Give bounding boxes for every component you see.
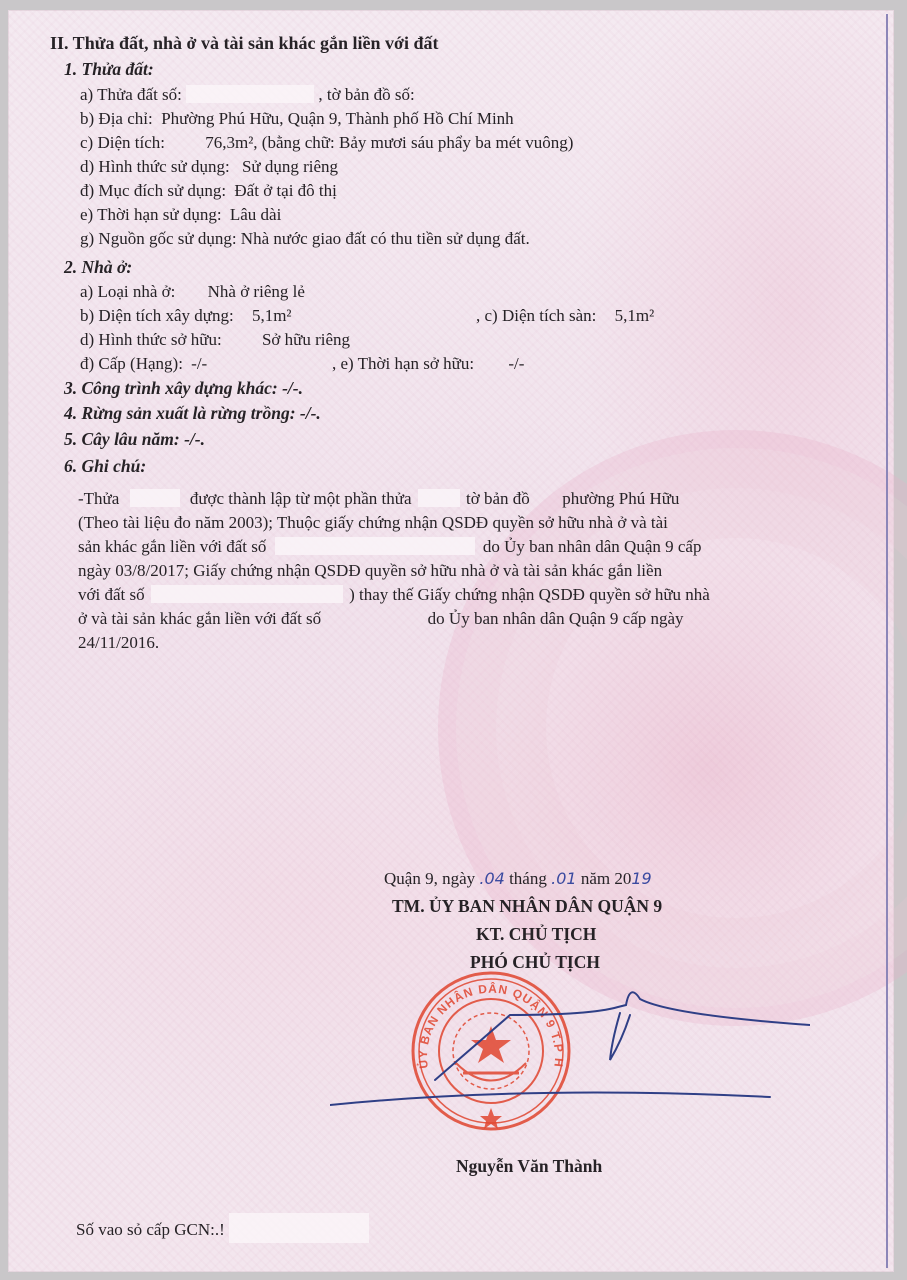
ownership-value: Sở hữu riêng xyxy=(262,330,350,349)
grade-row: đ) Cấp (Hạng): -/- xyxy=(80,353,207,375)
area-label: c) Diện tích: xyxy=(80,133,165,152)
notes-line-3: sản khác gắn liền với đất số do Ủy ban n… xyxy=(78,536,701,558)
purpose-label: đ) Mục đích sử dụng: xyxy=(80,181,226,200)
build-area-value: 5,1m² xyxy=(252,306,292,325)
notes-line-5: với đất số ) thay thế Giấy chứng nhận QS… xyxy=(78,584,710,606)
floor-area-value: 5,1m² xyxy=(615,306,655,325)
house-type-row: a) Loại nhà ở: Nhà ở riêng lẻ xyxy=(80,281,305,303)
map-sheet-label: , tờ bản đồ số: xyxy=(318,85,414,104)
notes-line-7: 24/11/2016. xyxy=(78,632,159,654)
purpose-row: đ) Mục đích sử dụng: Đất ở tại đô thị xyxy=(80,180,337,202)
notes-text: được thành lập từ một phần thửa xyxy=(190,489,412,508)
parcel-number-row: a) Thửa đất số: , tờ bản đồ số: xyxy=(80,84,415,106)
notes-text: do Ủy ban nhân dân Quận 9 cấp ngày xyxy=(428,609,684,628)
signer-title-1: KT. CHỦ TỊCH xyxy=(476,923,596,945)
issuing-authority: TM. ỦY BAN NHÂN DÂN QUẬN 9 xyxy=(392,895,662,917)
document-content: II. Thửa đất, nhà ở và tài sản khác gắn … xyxy=(0,0,907,1280)
notes-text: ở và tài sản khác gắn liền với đất số xyxy=(78,609,321,628)
origin-label: g) Nguồn gốc sử dụng: xyxy=(80,229,237,248)
notes-text: sản khác gắn liền với đất số xyxy=(78,537,266,556)
notes-line-2: (Theo tài liệu đo năm 2003); Thuộc giấy … xyxy=(78,512,668,534)
notes-line-6: ở và tài sản khác gắn liền với đất số do… xyxy=(78,608,684,630)
origin-value: Nhà nước giao đất có thu tiền sử dụng đấ… xyxy=(241,229,530,248)
origin-row: g) Nguồn gốc sử dụng: Nhà nước giao đất … xyxy=(80,228,530,250)
own-term-label: , e) Thời hạn sở hữu: xyxy=(332,354,474,373)
ownership-label: d) Hình thức sở hữu: xyxy=(80,330,222,349)
notes-text: ) thay thế Giấy chứng nhận QSDĐ quyền sở… xyxy=(349,585,710,604)
parcel-label: a) Thửa đất số: xyxy=(80,85,182,104)
redacted-certificate-number xyxy=(275,537,475,555)
notes-heading: 6. Ghi chú: xyxy=(64,455,146,477)
redacted-parcel xyxy=(418,489,460,507)
redacted-certificate-number xyxy=(329,609,419,627)
register-number: Số vao sỏ cấp GCN:.! xyxy=(76,1213,369,1243)
date-year-label: năm 20 xyxy=(581,869,632,888)
land-heading: 1. Thửa đất: xyxy=(64,58,154,80)
notes-text: với đất số xyxy=(78,585,145,604)
production-forest: 4. Rừng sản xuất là rừng trồng: -/-. xyxy=(64,402,321,424)
own-term-row: , e) Thời hạn sở hữu: -/- xyxy=(332,353,524,375)
notes-text: tờ bản đồ xyxy=(466,489,530,508)
date-month-label: tháng xyxy=(509,869,547,888)
date-day: .04 xyxy=(479,869,504,888)
own-term-value: -/- xyxy=(508,354,524,373)
register-label: Số vao sỏ cấp GCN:.! xyxy=(76,1220,225,1239)
grade-value: -/- xyxy=(191,354,207,373)
perennial-trees: 5. Cây lâu năm: -/-. xyxy=(64,428,205,450)
issue-date: Quận 9, ngày .04 tháng .01 năm 2019 xyxy=(384,868,652,890)
notes-line-1: -Thửa được thành lập từ một phần thửa tờ… xyxy=(78,488,679,510)
term-row: e) Thời hạn sử dụng: Lâu dài xyxy=(80,204,281,226)
other-works: 3. Công trình xây dựng khác: -/-. xyxy=(64,377,303,399)
redacted-certificate-number xyxy=(151,585,343,603)
floor-area-row: , c) Diện tích sàn: 5,1m² xyxy=(476,305,654,327)
address-label: b) Địa chỉ: xyxy=(80,109,153,128)
use-form-value: Sử dụng riêng xyxy=(242,157,338,176)
purpose-value: Đất ở tại đô thị xyxy=(234,181,336,200)
redacted-parcel-number xyxy=(186,85,314,103)
ownership-row: d) Hình thức sở hữu: Sở hữu riêng xyxy=(80,329,350,351)
area-row: c) Diện tích: 76,3m², (bằng chữ: Bảy mươ… xyxy=(80,132,573,154)
redacted-register-number xyxy=(229,1213,369,1243)
section-title: II. Thửa đất, nhà ở và tài sản khác gắn … xyxy=(50,32,439,54)
grade-label: đ) Cấp (Hạng): xyxy=(80,354,183,373)
notes-text: phường Phú Hữu xyxy=(562,489,679,508)
date-month: .01 xyxy=(551,869,576,888)
use-form-label: d) Hình thức sử dụng: xyxy=(80,157,230,176)
address-value: Phường Phú Hữu, Quận 9, Thành phố Hồ Chí… xyxy=(161,109,513,128)
handwritten-signature xyxy=(330,985,810,1115)
redacted-map-sheet xyxy=(538,489,554,507)
use-form-row: d) Hình thức sử dụng: Sử dụng riêng xyxy=(80,156,338,178)
house-heading: 2. Nhà ở: xyxy=(64,256,132,278)
date-year-suffix: 19 xyxy=(631,869,651,888)
address-row: b) Địa chỉ: Phường Phú Hữu, Quận 9, Thàn… xyxy=(80,108,514,130)
floor-area-label: , c) Diện tích sàn: xyxy=(476,306,596,325)
house-type-label: a) Loại nhà ở: xyxy=(80,282,175,301)
notes-text: -Thửa xyxy=(78,489,119,508)
notes-text: do Ủy ban nhân dân Quận 9 cấp xyxy=(483,537,702,556)
house-type-value: Nhà ở riêng lẻ xyxy=(208,282,305,301)
signer-name: Nguyễn Văn Thành xyxy=(456,1155,602,1177)
date-prefix: Quận 9, ngày xyxy=(384,869,475,888)
redacted-parcel xyxy=(130,489,180,507)
area-value: 76,3m², (bằng chữ: Bảy mươi sáu phẩy ba … xyxy=(205,133,573,152)
term-value: Lâu dài xyxy=(230,205,281,224)
notes-line-4: ngày 03/8/2017; Giấy chứng nhận QSDĐ quy… xyxy=(78,560,662,582)
build-area-row: b) Diện tích xây dựng: 5,1m² xyxy=(80,305,292,327)
build-area-label: b) Diện tích xây dựng: xyxy=(80,306,234,325)
term-label: e) Thời hạn sử dụng: xyxy=(80,205,222,224)
